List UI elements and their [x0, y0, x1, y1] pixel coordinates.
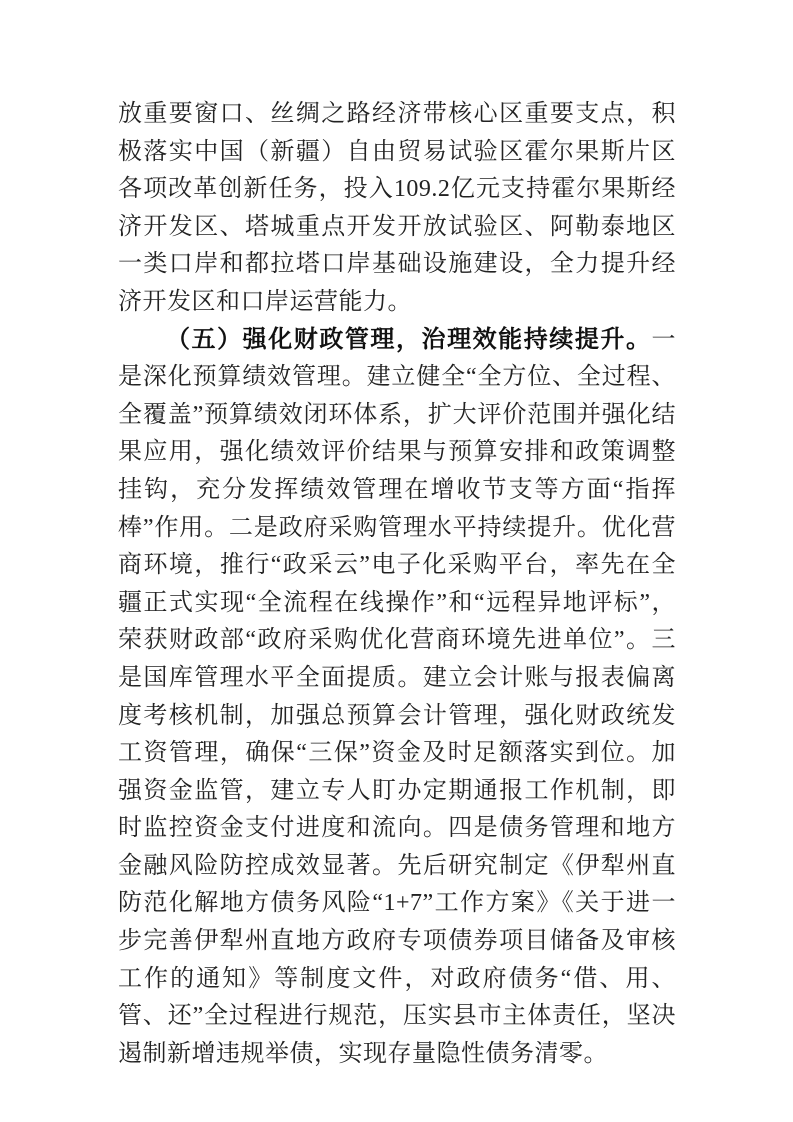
section-five-body: 一是深化预算绩效管理。建立健全“全方位、全过程、全覆盖”预算绩效闭环体系，扩大评… [118, 327, 676, 1067]
section-five-heading: （五）强化财政管理，治理效能持续提升。 [166, 327, 652, 353]
document-text-block: 放重要窗口、丝绸之路经济带核心区重要支点，积极落实中国（新疆）自由贸易试验区霍尔… [118, 96, 676, 1073]
paragraph-continued: 放重要窗口、丝绸之路经济带核心区重要支点，积极落实中国（新疆）自由贸易试验区霍尔… [118, 96, 676, 322]
document-page: 放重要窗口、丝绸之路经济带核心区重要支点，积极落实中国（新疆）自由贸易试验区霍尔… [0, 0, 793, 1122]
paragraph-section-five: （五）强化财政管理，治理效能持续提升。一是深化预算绩效管理。建立健全“全方位、全… [118, 322, 676, 1074]
